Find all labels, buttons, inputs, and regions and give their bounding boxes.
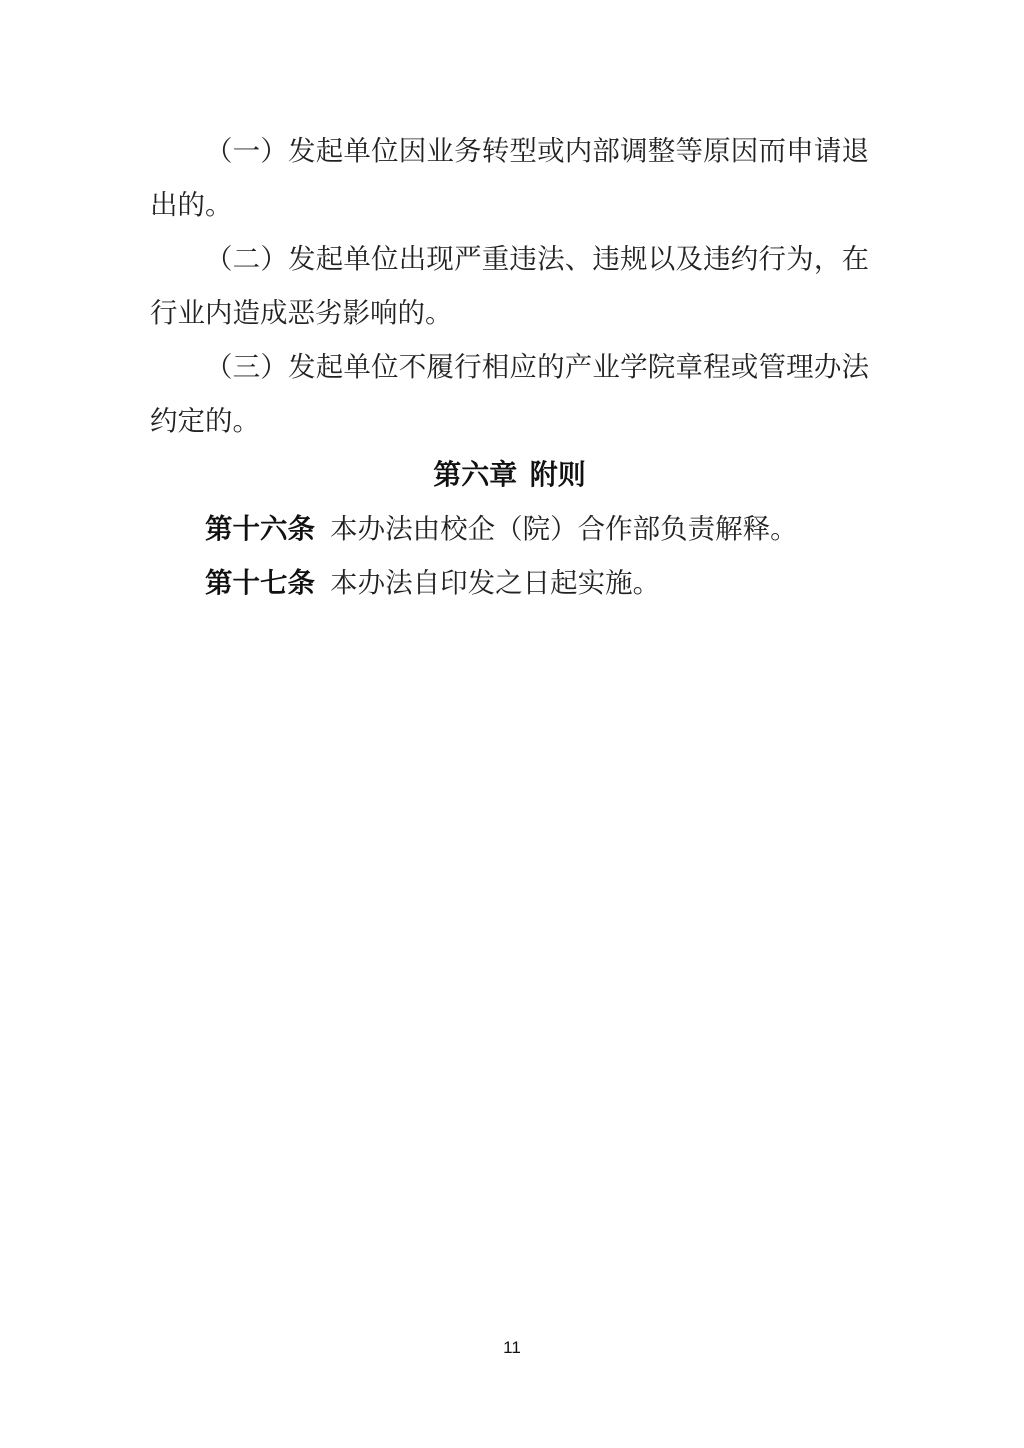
- chapter-number: 第六章: [433, 459, 517, 490]
- document-page: （一）发起单位因业务转型或内部调整等原因而申请退出的。 （二）发起单位出现严重违…: [0, 0, 1024, 1448]
- article-16-term: 第十六条: [205, 513, 315, 544]
- article-17-text: 本办法自印发之日起实施。: [330, 567, 660, 598]
- chapter-heading: 第六章附则: [150, 448, 869, 502]
- chapter-title: 附则: [530, 459, 586, 490]
- clause-item-2: （二）发起单位出现严重违法、违规以及违约行为，在行业内造成恶劣影响的。: [150, 232, 869, 340]
- article-16-text: 本办法由校企（院）合作部负责解释。: [330, 513, 798, 544]
- page-number: 11: [0, 1338, 1024, 1358]
- article-17-term: 第十七条: [205, 567, 315, 598]
- clause-item-1: （一）发起单位因业务转型或内部调整等原因而申请退出的。: [150, 124, 869, 232]
- article-17: 第十七条本办法自印发之日起实施。: [150, 556, 869, 610]
- document-body: （一）发起单位因业务转型或内部调整等原因而申请退出的。 （二）发起单位出现严重违…: [150, 124, 869, 610]
- article-16: 第十六条本办法由校企（院）合作部负责解释。: [150, 502, 869, 556]
- clause-item-3: （三）发起单位不履行相应的产业学院章程或管理办法约定的。: [150, 340, 869, 448]
